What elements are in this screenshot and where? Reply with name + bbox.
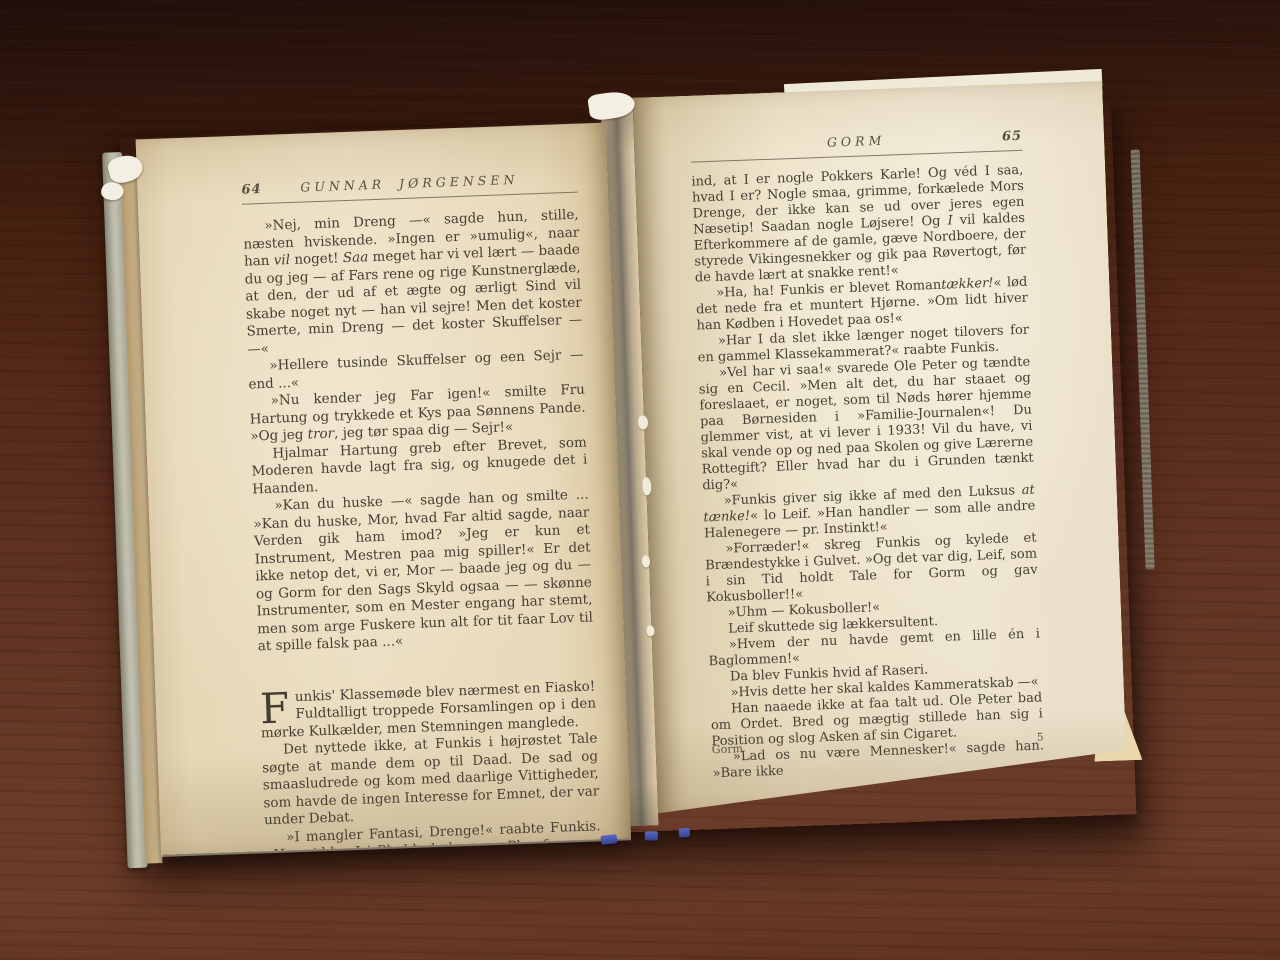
gutter-paper-chip [642,555,650,567]
binding-thread-speck [601,834,618,845]
left-page: 64 GUNNAR JØRGENSEN »Nej, min Dreng —« s… [136,123,631,855]
paragraph: ind, at I er nogle Pokkers Karle! Og véd… [691,163,1027,287]
page-number-left: 64 [241,181,286,198]
italic-text: tækker! [941,276,994,293]
italic-text: tror [307,426,334,443]
binding-cloth-strip [1131,150,1155,570]
paragraph: »Kan du huske —« sagde han og smilte ...… [253,486,594,655]
italic-text: I [947,213,953,228]
right-page-content: GORM 65 ind, at I er nogle Pokkers Karle… [632,81,1126,784]
footer-signature-number: 5 [1037,731,1044,744]
right-page: GORM 65 ind, at I er nogle Pokkers Karle… [632,81,1127,813]
running-title-left: GUNNAR JØRGENSEN [285,171,533,195]
paragraph: »Nej, min Dreng —« sagde hun, stille, næ… [243,207,584,359]
running-title-right: GORM [734,129,978,153]
gutter-paper-chip [646,625,654,636]
paragraph: »Vel har vi saa!« svarede Ole Peter og t… [698,355,1034,495]
page-number-right: 65 [978,129,1023,146]
drop-cap: F [259,689,295,725]
binding-thread-speck [678,828,690,838]
header-spacer [533,182,577,184]
paragraph: »Forræder!« skreg Funkis og kylede et Br… [704,531,1038,607]
wood-table-background: { "colors": { "table_wood": "#5a2d1e", "… [0,0,1280,960]
header-spacer [690,150,734,152]
paragraph: Det nyttede ikke, at Funkis i højrøstet … [261,730,600,829]
binding-thread-speck [645,831,658,840]
right-page-text: ind, at I er nogle Pokkers Karle! Og véd… [691,151,1045,782]
italic-text: vil [273,252,290,269]
open-book: 64 GUNNAR JØRGENSEN »Nej, min Dreng —« s… [84,67,1175,887]
footer-signature-title: Gorm [712,742,744,756]
left-page-text: »Nej, min Dreng —« sagde hun, stille, næ… [242,193,602,855]
left-page-content: 64 GUNNAR JØRGENSEN »Nej, min Dreng —« s… [136,123,631,855]
gutter-paper-chip [638,415,648,429]
italic-text: Saa [343,249,369,266]
